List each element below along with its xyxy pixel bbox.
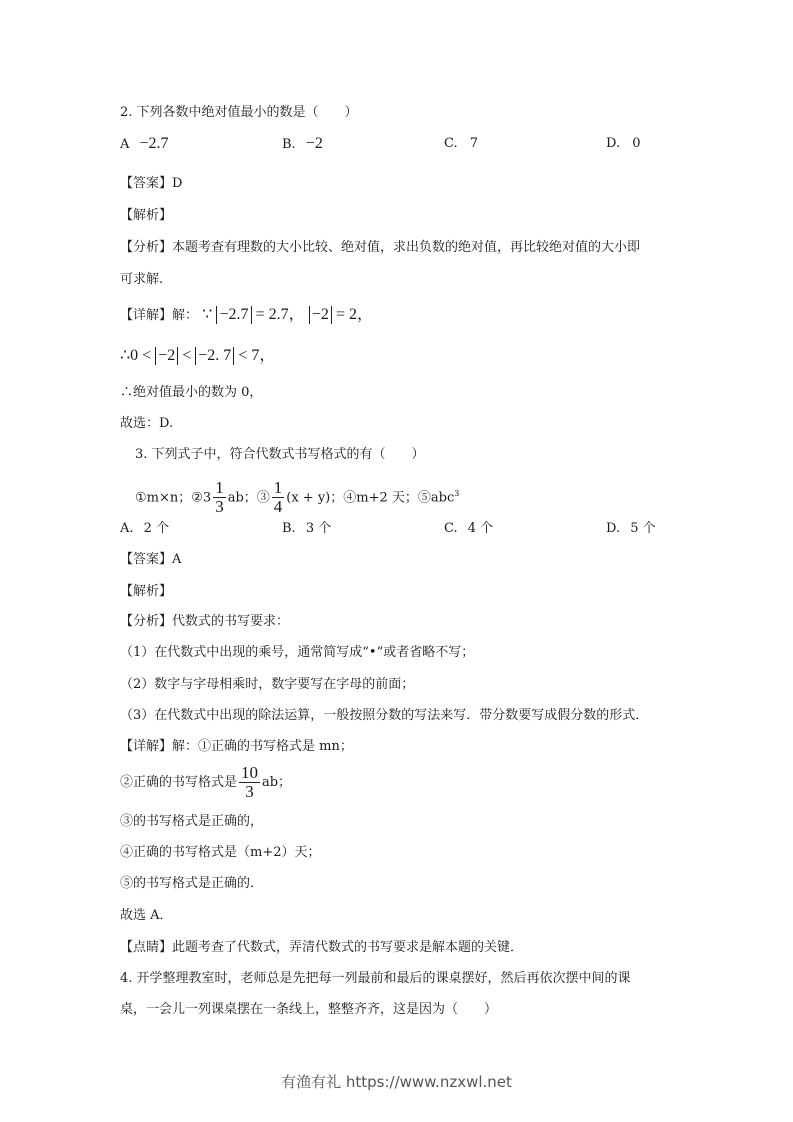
abs-value: −2 xyxy=(155,347,178,365)
q2-option-d: D. 0 xyxy=(606,134,641,154)
fraction: 14 xyxy=(272,479,285,516)
q2-fenxi: 【分析】本题考查有理数的大小比较、绝对值，求出负数的绝对值，再比较绝对值的大小即 xyxy=(120,238,640,258)
q3-rule-1: （1）在代数式中出现的乘号，通常简写成“•”或者省略不写； xyxy=(120,643,474,663)
abs-value: −2. 7 xyxy=(195,347,234,365)
q3-detail-4: ④正确的书写格式是（m+2）天； xyxy=(120,843,321,863)
q3-option-a: A. 2 个 xyxy=(120,519,169,539)
q4-stem-line1: 4. 开学整理教室时，老师总是先把每一列最前和最后的课桌摆好，然后再依次摆中间的… xyxy=(120,969,631,989)
footer-watermark: 有渔有礼 https://www.nzxwl.net xyxy=(0,1071,793,1092)
q3-detail-5: ⑤的书写格式是正确的． xyxy=(120,874,263,894)
q2-conclusion: ∴绝对值最小的数为 0， xyxy=(120,383,262,403)
q3-option-c: C. 4 个 xyxy=(444,519,493,539)
fraction: 103 xyxy=(239,764,260,801)
q3-stem: 3. 下列式子中，符合代数式书写格式的有（ ） xyxy=(135,445,425,465)
q3-detail-1: 【详解】解：①正确的书写格式是 mn； xyxy=(120,737,353,757)
q4-stem-line2: 桌，一会儿一列课桌摆在一条线上，整整齐齐，这是因为（ ） xyxy=(120,1000,497,1020)
q3-option-b: B. 3 个 xyxy=(282,519,331,539)
q2-option-c: C. 7 xyxy=(444,134,478,154)
abs-value: −2.7 xyxy=(216,306,251,324)
q2-answer: 【答案】D xyxy=(120,174,182,194)
q2-fenxi-cont: 可求解. xyxy=(120,270,163,290)
q3-fenxi: 【分析】代数式的书写要求： xyxy=(120,612,289,632)
q3-rule-2: （2）数字与字母相乘时，数字要写在字母的前面； xyxy=(120,675,414,695)
q3-expressions: ①m×n；②313ab；③14(x + y)；④m+2 天；⑤abc3 xyxy=(135,474,459,518)
q3-choose: 故选 A． xyxy=(120,906,173,926)
q2-analysis-label: 【解析】 xyxy=(120,206,172,226)
fraction: 13 xyxy=(213,479,226,516)
q2-stem: 2. 下列各数中绝对值最小的数是（ ） xyxy=(120,103,358,123)
q2-detail-line1: 【详解】解： ∵ −2.7 = 2.7， −2 = 2， xyxy=(120,305,373,326)
q3-rule-3: （3）在代数式中出现的除法运算，一般按照分数的写法来写．带分数要写成假分数的形式… xyxy=(120,706,648,726)
q3-option-d: D. 5 个 xyxy=(606,519,656,539)
q2-choose: 故选：D. xyxy=(120,414,173,434)
q3-detail-2: ②正确的书写格式是103ab； xyxy=(120,763,291,803)
q3-answer: 【答案】A xyxy=(120,550,181,570)
abs-value: −2 xyxy=(309,306,332,324)
q3-detail-3: ③的书写格式是正确的， xyxy=(120,812,263,832)
q3-analysis-label: 【解析】 xyxy=(120,582,172,602)
q2-detail-line2: ∴0 < −2 < −2. 7 < 7， xyxy=(120,346,275,366)
q2-option-b: B. −2 xyxy=(282,134,323,155)
q2-option-a: A −2.7 xyxy=(120,134,169,155)
q3-dianjing: 【点睛】此题考查了代数式，弄清代数式的书写要求是解本题的关键． xyxy=(120,938,523,958)
